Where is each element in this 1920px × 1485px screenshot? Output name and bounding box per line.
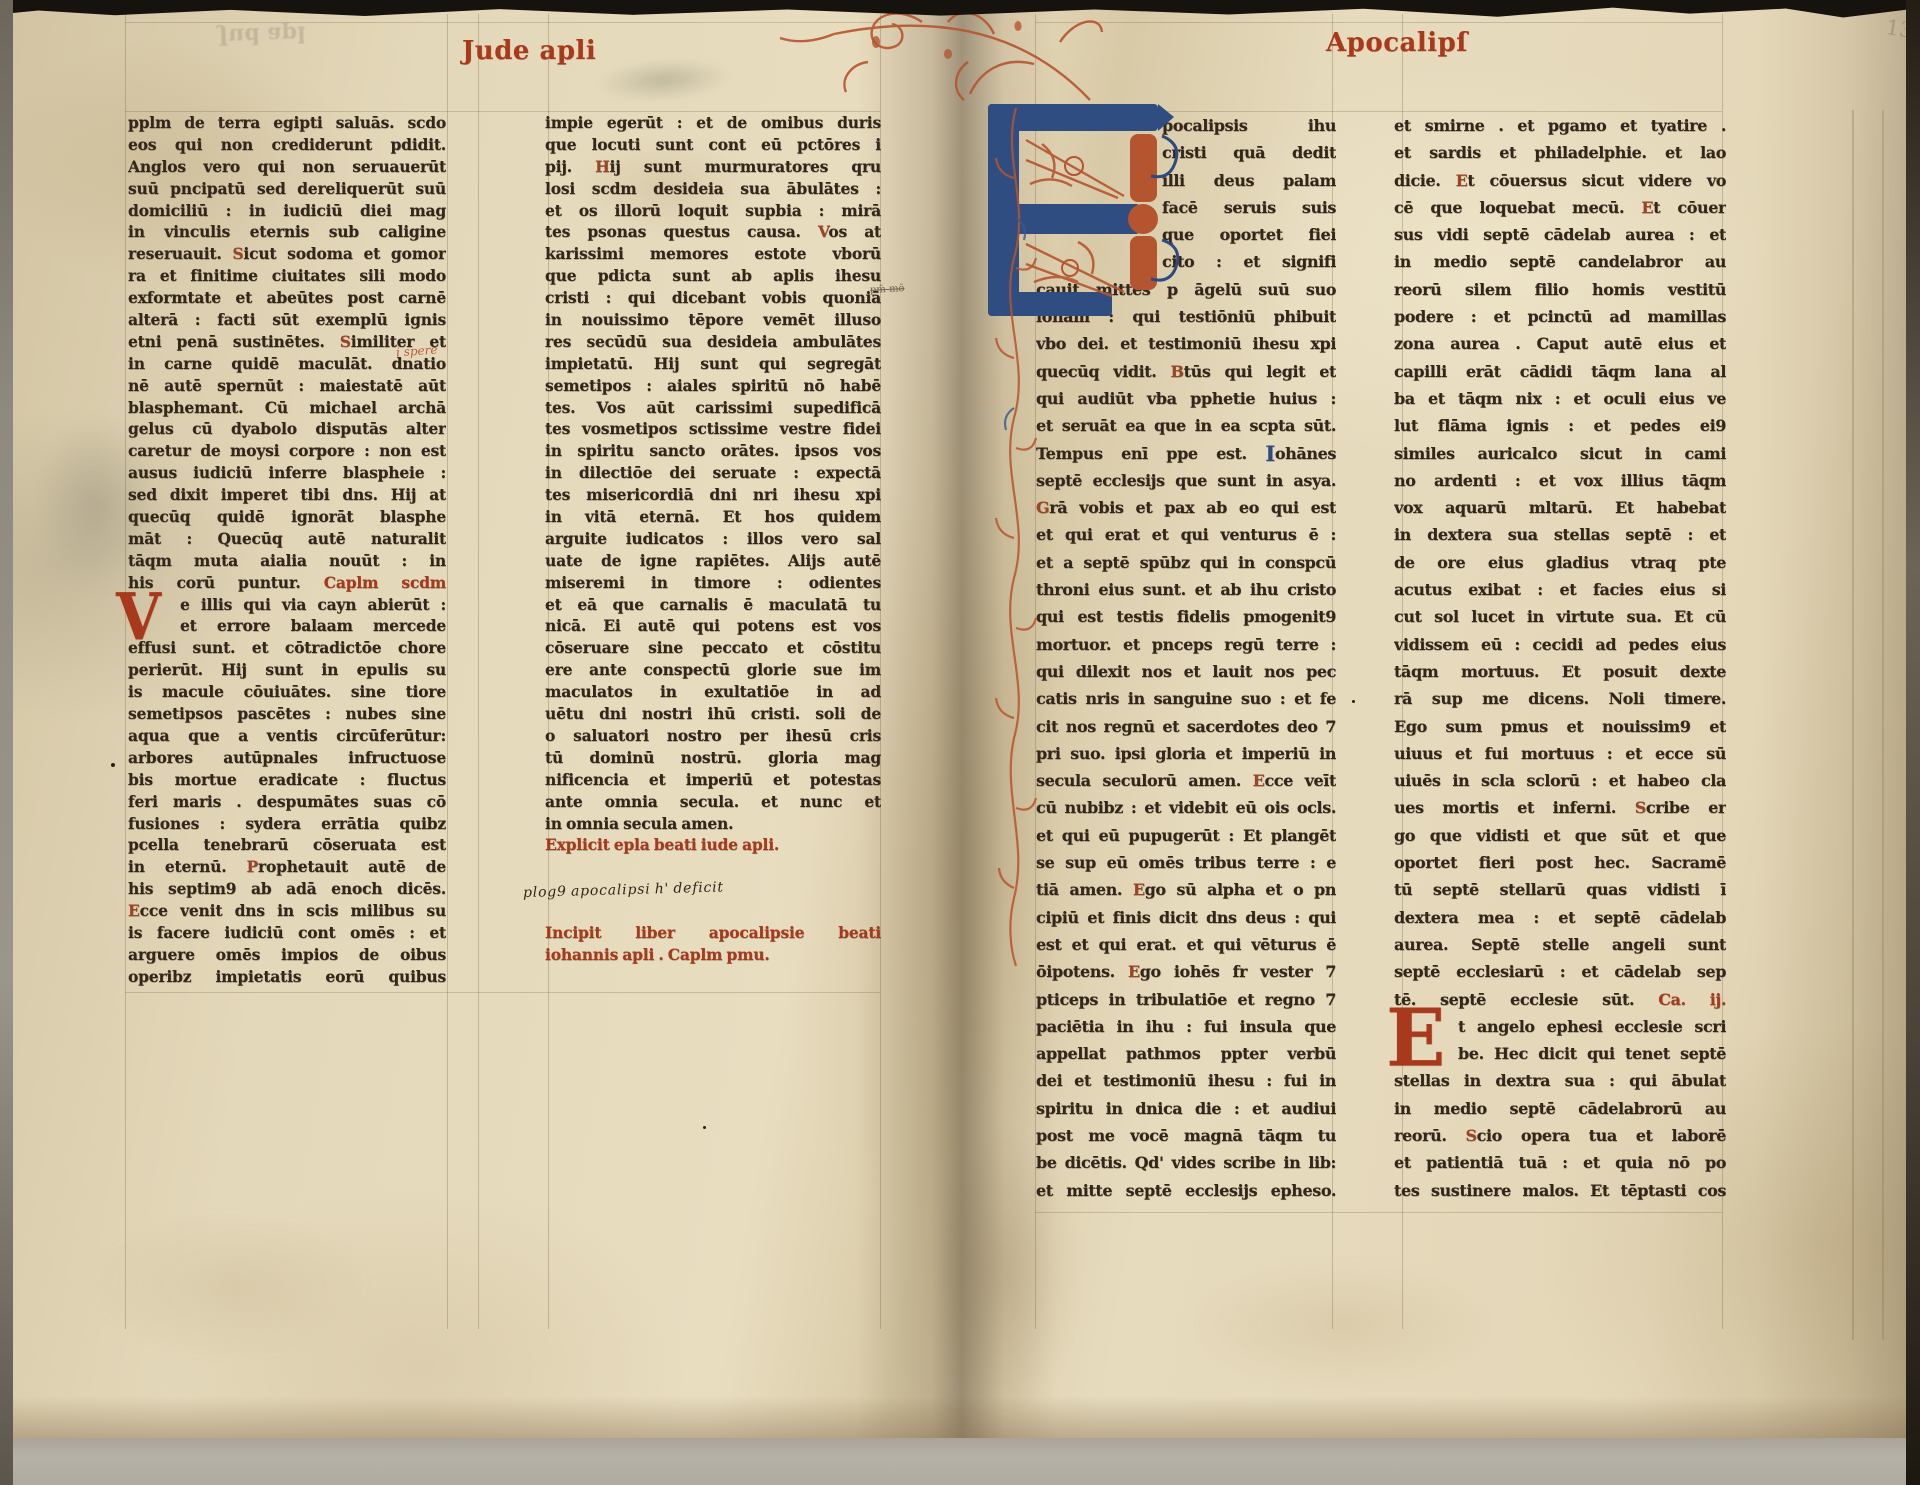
text-line: pcella tenebrarū cōseruata est: [128, 834, 446, 856]
text-line: pri suo. ipsi gloria et imperiū in: [1036, 740, 1336, 767]
text-line: Incipit liber apocalipsie beati: [545, 922, 881, 944]
text-line: etni penā sustinētes. Similiter et: [128, 331, 446, 353]
text-line: tes psonas questus causa. Vos at: [545, 221, 881, 243]
text-line: e illis qui via cayn abierūt :: [128, 594, 446, 616]
text-line: ues mortis et inferni. Scribe er: [1394, 794, 1726, 821]
text-line: vox aquarū mltarū. Et habebat: [1394, 494, 1726, 521]
left-page-column-1: pplm de terra egipti saluās. scdoeos qu…: [128, 112, 446, 988]
text-line: his septim9 ab adā enoch dicēs.: [128, 878, 446, 900]
text-line: operibz impietatis eorū quibus: [128, 966, 446, 988]
text-line: cipiū et finis dicit dns deus : qui: [1036, 904, 1336, 931]
text-line: aqua que a ventis circūferūtur:: [128, 725, 446, 747]
scan-background-right: [1906, 0, 1920, 1485]
text-line: nē autē spernūt : maiestatē aūt: [128, 375, 446, 397]
text-line: losi scdm desideia sua ābulātes :: [545, 178, 881, 200]
text-line: appellat pathmos ppter verbū: [1036, 1040, 1336, 1067]
text-line: in spiritu sancto orātes. ipsos vos: [545, 440, 881, 462]
text-line: impietatū. Hij sunt qui segregāt: [545, 353, 881, 375]
text-line: perierūt. Hij sunt in epulis su: [128, 659, 446, 681]
text-line: Ecce venit dns in scis milibus su: [128, 900, 446, 922]
text-line: arguite iudicatos : illos vero sal: [545, 528, 881, 550]
text-line: tāqm mortuus. Et posuit dexte: [1394, 658, 1726, 685]
text-line: mortuor. et pnceps regū terre :: [1036, 631, 1336, 658]
text-line: domiciliū : in iudiciū diei mag: [128, 200, 446, 222]
text-line: et patientiā tuā : et quia nō po: [1394, 1149, 1726, 1176]
text-line: de ore eius gladius vtraq pte: [1394, 549, 1726, 576]
fore-edge-shading: [1756, 0, 1908, 1460]
text-line: tes misericordiā dni nri ihesu xpi: [545, 484, 881, 506]
text-line: tū dominū nostrū. gloria mag: [545, 747, 881, 769]
text-line: podere : et pcinctū ad mamillas: [1394, 303, 1726, 330]
text-line: tes sustinere malos. Et tēptasti cos: [1394, 1177, 1726, 1204]
text-line: et mitte septē ecclesijs epheso.: [1036, 1177, 1336, 1204]
text-line: karissimi memores estote vborū: [545, 243, 881, 265]
text-line: cē que loquebat mecū. Et cōuer: [1394, 194, 1726, 221]
text-line: uētu dni nostri ihū cristi. soli de: [545, 703, 881, 725]
left-page-column-2: impie egerūt : et de omibus durisque lo…: [545, 112, 881, 966]
ink-speck: [703, 1126, 706, 1129]
text-line: ere ante conspectū glorie sue im: [545, 659, 881, 681]
text-line: throni eius sunt. et ab ihu cristo: [1036, 576, 1336, 603]
text-line: Grā vobis et pax ab eo qui est: [1036, 494, 1336, 521]
text-line: suū pncipatū sed dereliquerūt suū: [128, 178, 446, 200]
text-line: Tempus enī ppe est. Iohānes: [1036, 440, 1336, 467]
text-line: in nouissimo tēpore vemēt illuso: [545, 309, 881, 331]
text-line: exformtate et abeūtes post carnē: [128, 287, 446, 309]
text-line: est et qui erat. et qui vēturus ē: [1036, 931, 1336, 958]
rubricated-initial-v: V: [116, 585, 161, 650]
text-line: bis mortue eradicate : fluctus: [128, 769, 446, 791]
parchment-stain: [1180, 1260, 1500, 1390]
text-line: aurea. Septē stelle angeli sunt: [1394, 931, 1726, 958]
text-line: arbores autūpnales infructuose: [128, 747, 446, 769]
text-line: sed dixit imperet tibi dns. Hij at: [128, 484, 446, 506]
text-line: fusiones : sydera errātia quibz: [128, 813, 446, 835]
text-line: tū septē stellarū quas vidisti ī: [1394, 876, 1726, 903]
text-line: cōseruare sine peccato et cōstitu: [545, 637, 881, 659]
text-line: alterā : facti sūt exemplū ignis: [128, 309, 446, 331]
text-line: be dicētis. Qd' vides scribe in lib:: [1036, 1149, 1336, 1176]
text-line: que locuti sunt cont eū pctōres i: [545, 134, 881, 156]
penwork-tail: [990, 108, 1040, 968]
text-line: et sardis et philadelphie. et lao: [1394, 139, 1726, 166]
text-line: sus vidi septē cādelab aurea : et: [1394, 221, 1726, 248]
text-line: tes. Vos aūt carissimi supedificā: [545, 397, 881, 419]
text-line: reorū silem filio homis vestitū: [1394, 276, 1726, 303]
text-line: effusi sunt. et cōtradictōe chore: [128, 637, 446, 659]
text-line: in eternū. Prophetauit autē de: [128, 856, 446, 878]
text-line: septē ecclesijs que sunt in asya.: [1036, 467, 1336, 494]
text-line: dei et testimoniū ihesu : fui in: [1036, 1067, 1336, 1094]
ink-speck: [111, 763, 115, 767]
rubricated-initial-e: E: [1386, 999, 1445, 1079]
text-line: cristi : qui dicebant vobis quoniā: [545, 287, 881, 309]
text-line: ra et finitime ciuitates sili modo: [128, 265, 446, 287]
text-line: ōipotens. Ego iohēs fr vester 7: [1036, 958, 1336, 985]
text-line: reseruauit. Sicut sodoma et gomor: [128, 243, 446, 265]
text-line: oportet fieri post hec. Sacramē: [1394, 849, 1726, 876]
text-line: tes vosmetipos sctissime vestre fidei: [545, 418, 881, 440]
text-line: caretur de moysi corpore : non est: [128, 440, 446, 462]
text-line: que pdicta sunt ab aplis ihesu: [545, 265, 881, 287]
text-line: nificencia et imperiū et potestas: [545, 769, 881, 791]
text-line: pij. Hij sunt murmuratores qru: [545, 156, 881, 178]
text-line: blasphemant. Cū michael archā: [128, 397, 446, 419]
text-line: et a septē spūbz qui in conspcū: [1036, 549, 1336, 576]
text-line: semetipos : aiales spiritū nō habē: [545, 375, 881, 397]
text-line: in vitā eternā. Et hos quidem: [545, 506, 881, 528]
text-line: pticeps in tribulatiōe et regno 7: [1036, 986, 1336, 1013]
text-line: gelus cū dyabolo disputās alter: [128, 418, 446, 440]
text-line: miseremi in timore : odientes: [545, 572, 881, 594]
ghost-title-offset: Jud apl: [218, 20, 306, 49]
text-line: dextera mea : et septē cādelab: [1394, 904, 1726, 931]
text-line: eos qui non crediderunt pdidit.: [128, 134, 446, 156]
text-line: go que vidisti et que sūt et que: [1394, 822, 1726, 849]
page-bottom-edge-shadow: [0, 1396, 1920, 1438]
text-line: in carne quidē maculāt. dnatio: [128, 353, 446, 375]
manuscript-photo: Jude apli Apocalipſ 137 Jud apl i spere …: [0, 0, 1920, 1485]
text-line: lut flāma ignis : et pedes ei9: [1394, 412, 1726, 439]
text-line: res secūdū sua desideia ambulātes: [545, 331, 881, 353]
running-title-apocalypse: Apocalipſ: [1326, 28, 1468, 58]
text-line: uiuus et fui mortuus : et ecce sū: [1394, 740, 1726, 767]
text-line: in medio septē cādelabrorū au: [1394, 1095, 1726, 1122]
text-line: semetipsos pascētes : nubes sine: [128, 703, 446, 725]
text-line: Explicit epla beati iude apli.: [545, 834, 881, 856]
running-title-jude: Jude apli: [462, 36, 596, 66]
text-line: rā sup me dicens. Noli timere.: [1394, 685, 1726, 712]
text-line: cut sol lucet in virtute sua. Et cū: [1394, 603, 1726, 630]
text-line: ante omnia secula. et nunc et: [545, 791, 881, 813]
text-line: et os illorū loquit supbia : mirā: [545, 200, 881, 222]
text-line: ba et tāqm nix : et oculi eius ve: [1394, 385, 1726, 412]
text-line: reorū. Scio opera tua et laborē: [1394, 1122, 1726, 1149]
text-line: quecūq quidē ignorāt blasphe: [128, 506, 446, 528]
text-line: o saluatori nostro per ihesū cris: [545, 725, 881, 747]
text-line: qui dilexit nos et lauit nos pec: [1036, 658, 1336, 685]
text-line: et qui eū pupugerūt : Et plangēt: [1036, 822, 1336, 849]
text-line: zona aurea . Caput autē eius et: [1394, 330, 1726, 357]
text-line: cū nubibz : et videbit eū ois ocls.: [1036, 794, 1336, 821]
text-line: acutus exibat : et facies eius si: [1394, 576, 1726, 603]
text-line: no ardenti : et vox illius tāqm: [1394, 467, 1726, 494]
text-line: paciētia in ihu : fui insula que: [1036, 1013, 1336, 1040]
text-line: iohannis apli . Caplm pmu.: [545, 944, 881, 966]
text-line: maculatos in exultatiōe in ad: [545, 681, 881, 703]
text-line: in omnia secula amen.: [545, 813, 881, 835]
text-line: is facere iudiciū cont omēs : et: [128, 922, 446, 944]
text-line: Anglos vero qui non seruauerūt: [128, 156, 446, 178]
text-line: nicā. Ei autē qui potens est vos: [545, 615, 881, 637]
parchment-stain: [90, 1210, 370, 1360]
text-line: ausus iudiciū inferre blaspheie :: [128, 462, 446, 484]
text-line: et smirne . et pgamo et tyatire .: [1394, 112, 1726, 139]
scan-background-left: [0, 0, 13, 1485]
text-line: qui est testis fidelis pmogenit9: [1036, 603, 1336, 630]
text-line: et eā que carnalis ē maculatā tu: [545, 594, 881, 616]
text-line: [545, 900, 881, 922]
ink-offset-smudge: [595, 53, 734, 106]
text-line: his corū puntur. Caplm scdm: [128, 572, 446, 594]
text-line: uate de igne rapiētes. Alijs autē: [545, 550, 881, 572]
text-line: et qui erat et qui venturus ē :: [1036, 521, 1336, 548]
text-line: in dilectiōe dei seruate : expectā: [545, 462, 881, 484]
text-line: uiuēs in scla sclorū : et habeo cla: [1394, 767, 1726, 794]
text-line: catis nris in sanguine suo : et fe: [1036, 685, 1336, 712]
ink-speck: [1352, 700, 1355, 703]
text-line: similes auricalco sicut in cami: [1394, 440, 1726, 467]
text-line: is macule cōuiuātes. sine tiore: [128, 681, 446, 703]
text-line: in dextera sua stellas septē : et: [1394, 521, 1726, 548]
text-line: arguere omēs impios de oibus: [128, 944, 446, 966]
text-line: tiā amen. Ego sū alpha et o pn: [1036, 876, 1336, 903]
text-line: qui audiūt vba pphetie huius :: [1036, 385, 1336, 412]
text-line: post me vocē magnā tāqm tu: [1036, 1122, 1336, 1149]
text-line: in medio septē candelabror au: [1394, 248, 1726, 275]
text-line: cit nos regnū et sacerdotes deo 7: [1036, 713, 1336, 740]
text-line: et seruāt ea que in ea scpta sūt.: [1036, 412, 1336, 439]
text-line: capilli erāt cādidi tāqm lana al: [1394, 358, 1726, 385]
text-line: tāqm muta aialia nouūt : in: [128, 550, 446, 572]
text-line: secula seculorū amen. Ecce veīt: [1036, 767, 1336, 794]
text-line: māt : Quecūq autē naturalit: [128, 528, 446, 550]
text-line: in vinculis eternis sub caligine: [128, 221, 446, 243]
text-line: pplm de terra egipti saluās. scdo: [128, 112, 446, 134]
text-line: feri maris . despumātes suas cō: [128, 791, 446, 813]
text-line: se sup eū omēs tribus terre : e: [1036, 849, 1336, 876]
text-line: et errore balaam mercede: [128, 615, 446, 637]
text-line: spiritu in dnica die : et audiui: [1036, 1095, 1336, 1122]
text-line: dicie. Et cōuersus sicut videre vo: [1394, 167, 1726, 194]
text-line: vidissem eū : cecidi ad pedes eius: [1394, 631, 1726, 658]
scan-background-bottom: [0, 1438, 1920, 1485]
text-line: Ego sum pmus et nouissim9 et: [1394, 713, 1726, 740]
text-line: quecūq vidit. Btūs qui legit et: [1036, 358, 1336, 385]
text-line: septē ecclesiarū : et cādelab sep: [1394, 958, 1726, 985]
